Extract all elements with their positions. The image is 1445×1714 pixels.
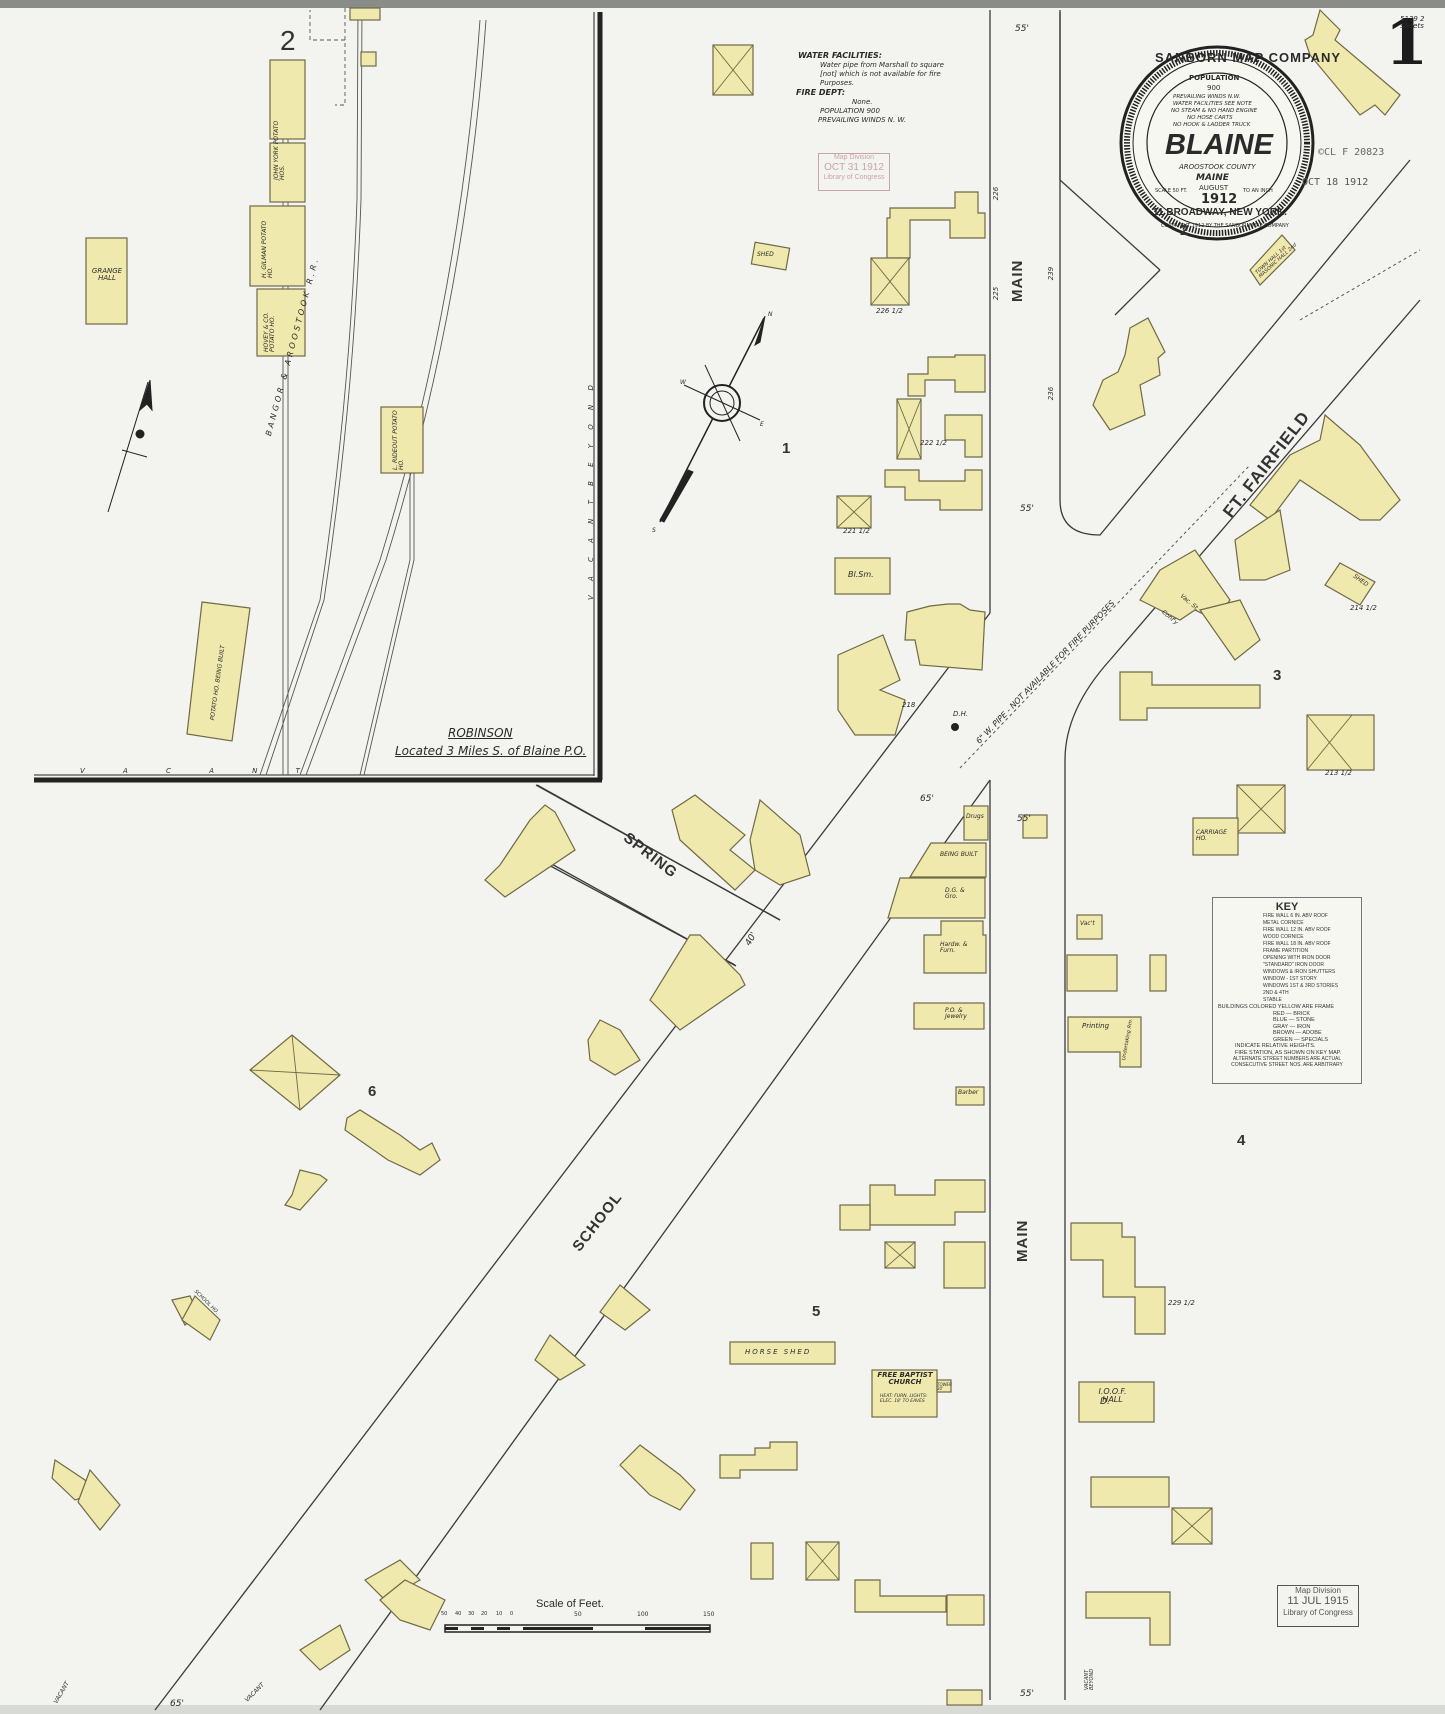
key-row: WINDOW - 1ST STORY <box>1213 976 1361 983</box>
copyright-code: ©CL F 20823 <box>1318 148 1384 158</box>
compass-rose-icon <box>660 316 765 522</box>
seal-note-4: NO HOSE CARTS <box>1187 116 1233 122</box>
seal-year: 1912 <box>1201 193 1237 206</box>
house-number: 229 1/2 <box>1168 1300 1195 1307</box>
street-width: 55' <box>1017 815 1031 824</box>
inset-number: 2 <box>280 25 296 57</box>
compass-west: W <box>680 380 686 386</box>
map-division-stamp: Map Division 11 JUL 1915 Library of Cong… <box>1277 1585 1359 1627</box>
map-drawing: .b{fill:#f0e9ad;stroke:#6e6a45;stroke-wi… <box>0 0 1445 1714</box>
label-iof-hall: I.O.O.F. HALL <box>1090 1388 1135 1404</box>
house-number: 221 1/2 <box>843 528 870 535</box>
water-heading: WATER FACILITIES: <box>798 52 882 60</box>
scale-title: Scale of Feet. <box>536 1599 604 1610</box>
map-division-stamp-line1: Map Division <box>1278 1586 1358 1595</box>
block-number-1: 1 <box>782 440 790 457</box>
inset-frame <box>34 12 602 780</box>
street-width: 55' <box>1020 505 1034 514</box>
block-number-4: 4 <box>1237 1132 1245 1149</box>
house-number: 218 <box>902 702 915 709</box>
inset-building-gilman: H. GILMAN POTATO HO. <box>262 218 274 278</box>
street-width: 65' <box>170 1700 184 1709</box>
house-number: 236 <box>1048 387 1055 400</box>
inset-building-hovey: HOVEY & CO. POTATO HO. <box>264 292 276 352</box>
received-stamp: Map Division OCT 31 1912 Library of Cong… <box>818 153 890 191</box>
inset-vacant-bottom: V A C A N T <box>80 768 318 775</box>
map-division-stamp-date: 11 JUL 1915 <box>1278 1595 1358 1608</box>
compass-south: S <box>652 528 656 534</box>
map-division-stamp-line3: Library of Congress <box>1278 1608 1358 1617</box>
water-text-1: Water pipe from Marshall to square <box>820 62 944 69</box>
label-carriage-house: CARRIAGE HO. <box>1196 830 1236 842</box>
seal-company: SANBORN MAP COMPANY <box>1155 51 1341 64</box>
house-number: 225 <box>993 287 1000 300</box>
seal-scale-right: TO AN INCH <box>1243 189 1273 194</box>
house-number: 222 1/2 <box>920 440 947 447</box>
key-row: OPENING WITH IRON DOOR <box>1213 955 1361 962</box>
label-dg-gro: D.G. & Gro. <box>945 888 975 900</box>
house-number: 226 1/2 <box>876 308 903 315</box>
key-row: WINDOWS & IRON SHUTTERS <box>1213 969 1361 976</box>
received-stamp-date: OCT 31 1912 <box>819 162 889 174</box>
scale-tick: 10 <box>496 1612 502 1617</box>
copyright-date: OCT 18 1912 <box>1302 178 1368 188</box>
scale-tick: 40 <box>455 1612 461 1617</box>
block-number-3: 3 <box>1273 667 1281 684</box>
scale-tick: 20 <box>481 1612 487 1617</box>
house-number: 213 1/2 <box>1325 770 1352 777</box>
label-church-note: HEAT: FURN. LIGHTS: ELEC. 18' TO EAVES <box>880 1395 935 1404</box>
seal-state: MAINE <box>1196 174 1229 183</box>
compass-north: N <box>768 312 773 318</box>
inset-building-york: JOHN YORK POTATO HOS. <box>274 120 286 180</box>
key-row: 2ND & 4TH <box>1213 990 1361 997</box>
scale-tick: 30 <box>468 1612 474 1617</box>
inset-building-rideout: L. RIDEOUT POTATO HO. <box>393 410 405 470</box>
title-seal: SANBORN MAP COMPANY POPULATION 900 PREVA… <box>1117 43 1317 243</box>
hydrant-icon <box>951 723 959 731</box>
seal-note-3: NO STEAM & NO HAND ENGINE <box>1171 109 1257 115</box>
key-row: WINDOWS 1ST & 3RD STORIES <box>1213 983 1361 990</box>
block-number-6: 6 <box>368 1083 376 1100</box>
house-number: 226 <box>993 187 1000 200</box>
key-row: FIRE WALL 6 IN. ABV ROOF <box>1213 913 1361 920</box>
key-row: STABLE <box>1213 997 1361 1004</box>
scale-tick: 150 <box>703 1612 714 1618</box>
seal-population: 900 <box>1207 85 1220 92</box>
street-width: 55' <box>1015 25 1029 34</box>
inset-vacant-right: V A C A N T B E Y O N D <box>588 379 595 600</box>
key-foot-2: CONSECUTIVE STREET NOS. ARE ARBITRARY <box>1213 1062 1361 1068</box>
inset-building-grange-hall: GRANGE HALL <box>88 268 126 282</box>
key-row: FIRE WALL 18 IN. ABV ROOF <box>1213 941 1361 948</box>
label-being-built: BEING BUILT <box>940 852 980 858</box>
key-title: KEY <box>1213 901 1361 913</box>
map-sheet: .b{fill:#f0e9ad;stroke:#6e6a45;stroke-wi… <box>0 0 1445 1714</box>
seal-note-1: PREVAILING WINDS N.W. <box>1173 95 1240 101</box>
inset-north-arrow <box>108 380 152 512</box>
seal-scale-left: SCALE 50 FT. <box>1155 189 1187 194</box>
map-key: KEY FIRE WALL 6 IN. ABV ROOF METAL CORNI… <box>1212 897 1362 1084</box>
house-number: 239 <box>1048 267 1055 280</box>
received-stamp-line3: Library of Congress <box>819 174 889 182</box>
seal-month: AUGUST <box>1199 185 1228 192</box>
label-blacksmith: Bl.Sm. <box>848 571 874 579</box>
label-church: FREE BAPTIST CHURCH <box>873 1372 937 1386</box>
seal-note-2: WATER FACILITIES SEE NOTE <box>1173 102 1252 108</box>
label-church-tower: TOWER 30' <box>937 1383 953 1391</box>
label-dwelling: D. <box>1100 1398 1110 1407</box>
inset-subtitle: Located 3 Miles S. of Blaine P.O. <box>395 745 586 757</box>
key-row: "STANDARD" IRON DOOR <box>1213 962 1361 969</box>
received-stamp-line1: Map Division <box>819 154 889 162</box>
label-printing: Printing <box>1082 1023 1109 1030</box>
scan-edge <box>0 0 1445 8</box>
house-number: 214 1/2 <box>1350 605 1377 612</box>
street-main-lower: MAIN <box>1015 1220 1030 1262</box>
key-row: WOOD CORNICE <box>1213 934 1361 941</box>
seal-county: AROOSTOOK COUNTY <box>1179 164 1256 171</box>
label-drugs: Drugs <box>966 814 984 820</box>
fire-text: None. <box>852 99 873 106</box>
inset-place: ROBINSON <box>448 727 513 739</box>
scale-tick: 50 <box>441 1612 447 1617</box>
street-width: 55' <box>1020 1690 1034 1699</box>
notes-population: POPULATION 900 <box>820 108 880 115</box>
seal-address: 11 BROADWAY, NEW YORK. <box>1153 208 1287 218</box>
block-number-5: 5 <box>812 1303 820 1320</box>
sheet-series-note: 5139 2 Sheets <box>1400 16 1440 30</box>
label-post-office: P.O. & Jewelry <box>945 1008 983 1020</box>
label-vacant-small: Vac't <box>1080 921 1095 927</box>
label-hardware: Hardw. & Furn. <box>940 942 975 954</box>
block-number-2: 2 <box>1180 222 1188 239</box>
water-text-2: [not] which is not available for fire <box>820 71 941 78</box>
key-row: FRAME PARTITION <box>1213 948 1361 955</box>
street-main-upper: MAIN <box>1010 260 1025 302</box>
scale-bar-graphic <box>445 1625 710 1632</box>
seal-town: BLAINE <box>1165 131 1273 160</box>
hydrant-label: D.H. <box>953 711 968 718</box>
scale-tick: 100 <box>637 1612 648 1618</box>
key-row: METAL CORNICE <box>1213 920 1361 927</box>
scale-tick: 0 <box>510 1612 513 1617</box>
fire-heading: FIRE DEPT: <box>796 89 845 97</box>
inset-buildings <box>86 8 423 741</box>
seal-note-5: NO HOOK & LADDER TRUCK <box>1173 123 1250 129</box>
street-width: 65' <box>920 795 934 804</box>
compass-east: E <box>760 422 764 428</box>
notes-winds: PREVAILING WINDS N. W. <box>818 117 906 124</box>
seal-population-label: POPULATION <box>1189 75 1239 82</box>
label-horse-shed: HORSE SHED <box>745 1349 811 1356</box>
label-barber: Barber <box>958 1090 978 1096</box>
water-text-3: Purposes. <box>820 80 854 87</box>
key-row: FIRE WALL 12 IN. ABV ROOF <box>1213 927 1361 934</box>
label-vacant-beyond: VACANT BEYOND <box>1085 1650 1095 1690</box>
label-shed-top: SHED <box>757 252 774 258</box>
scale-tick: 50 <box>574 1612 582 1618</box>
